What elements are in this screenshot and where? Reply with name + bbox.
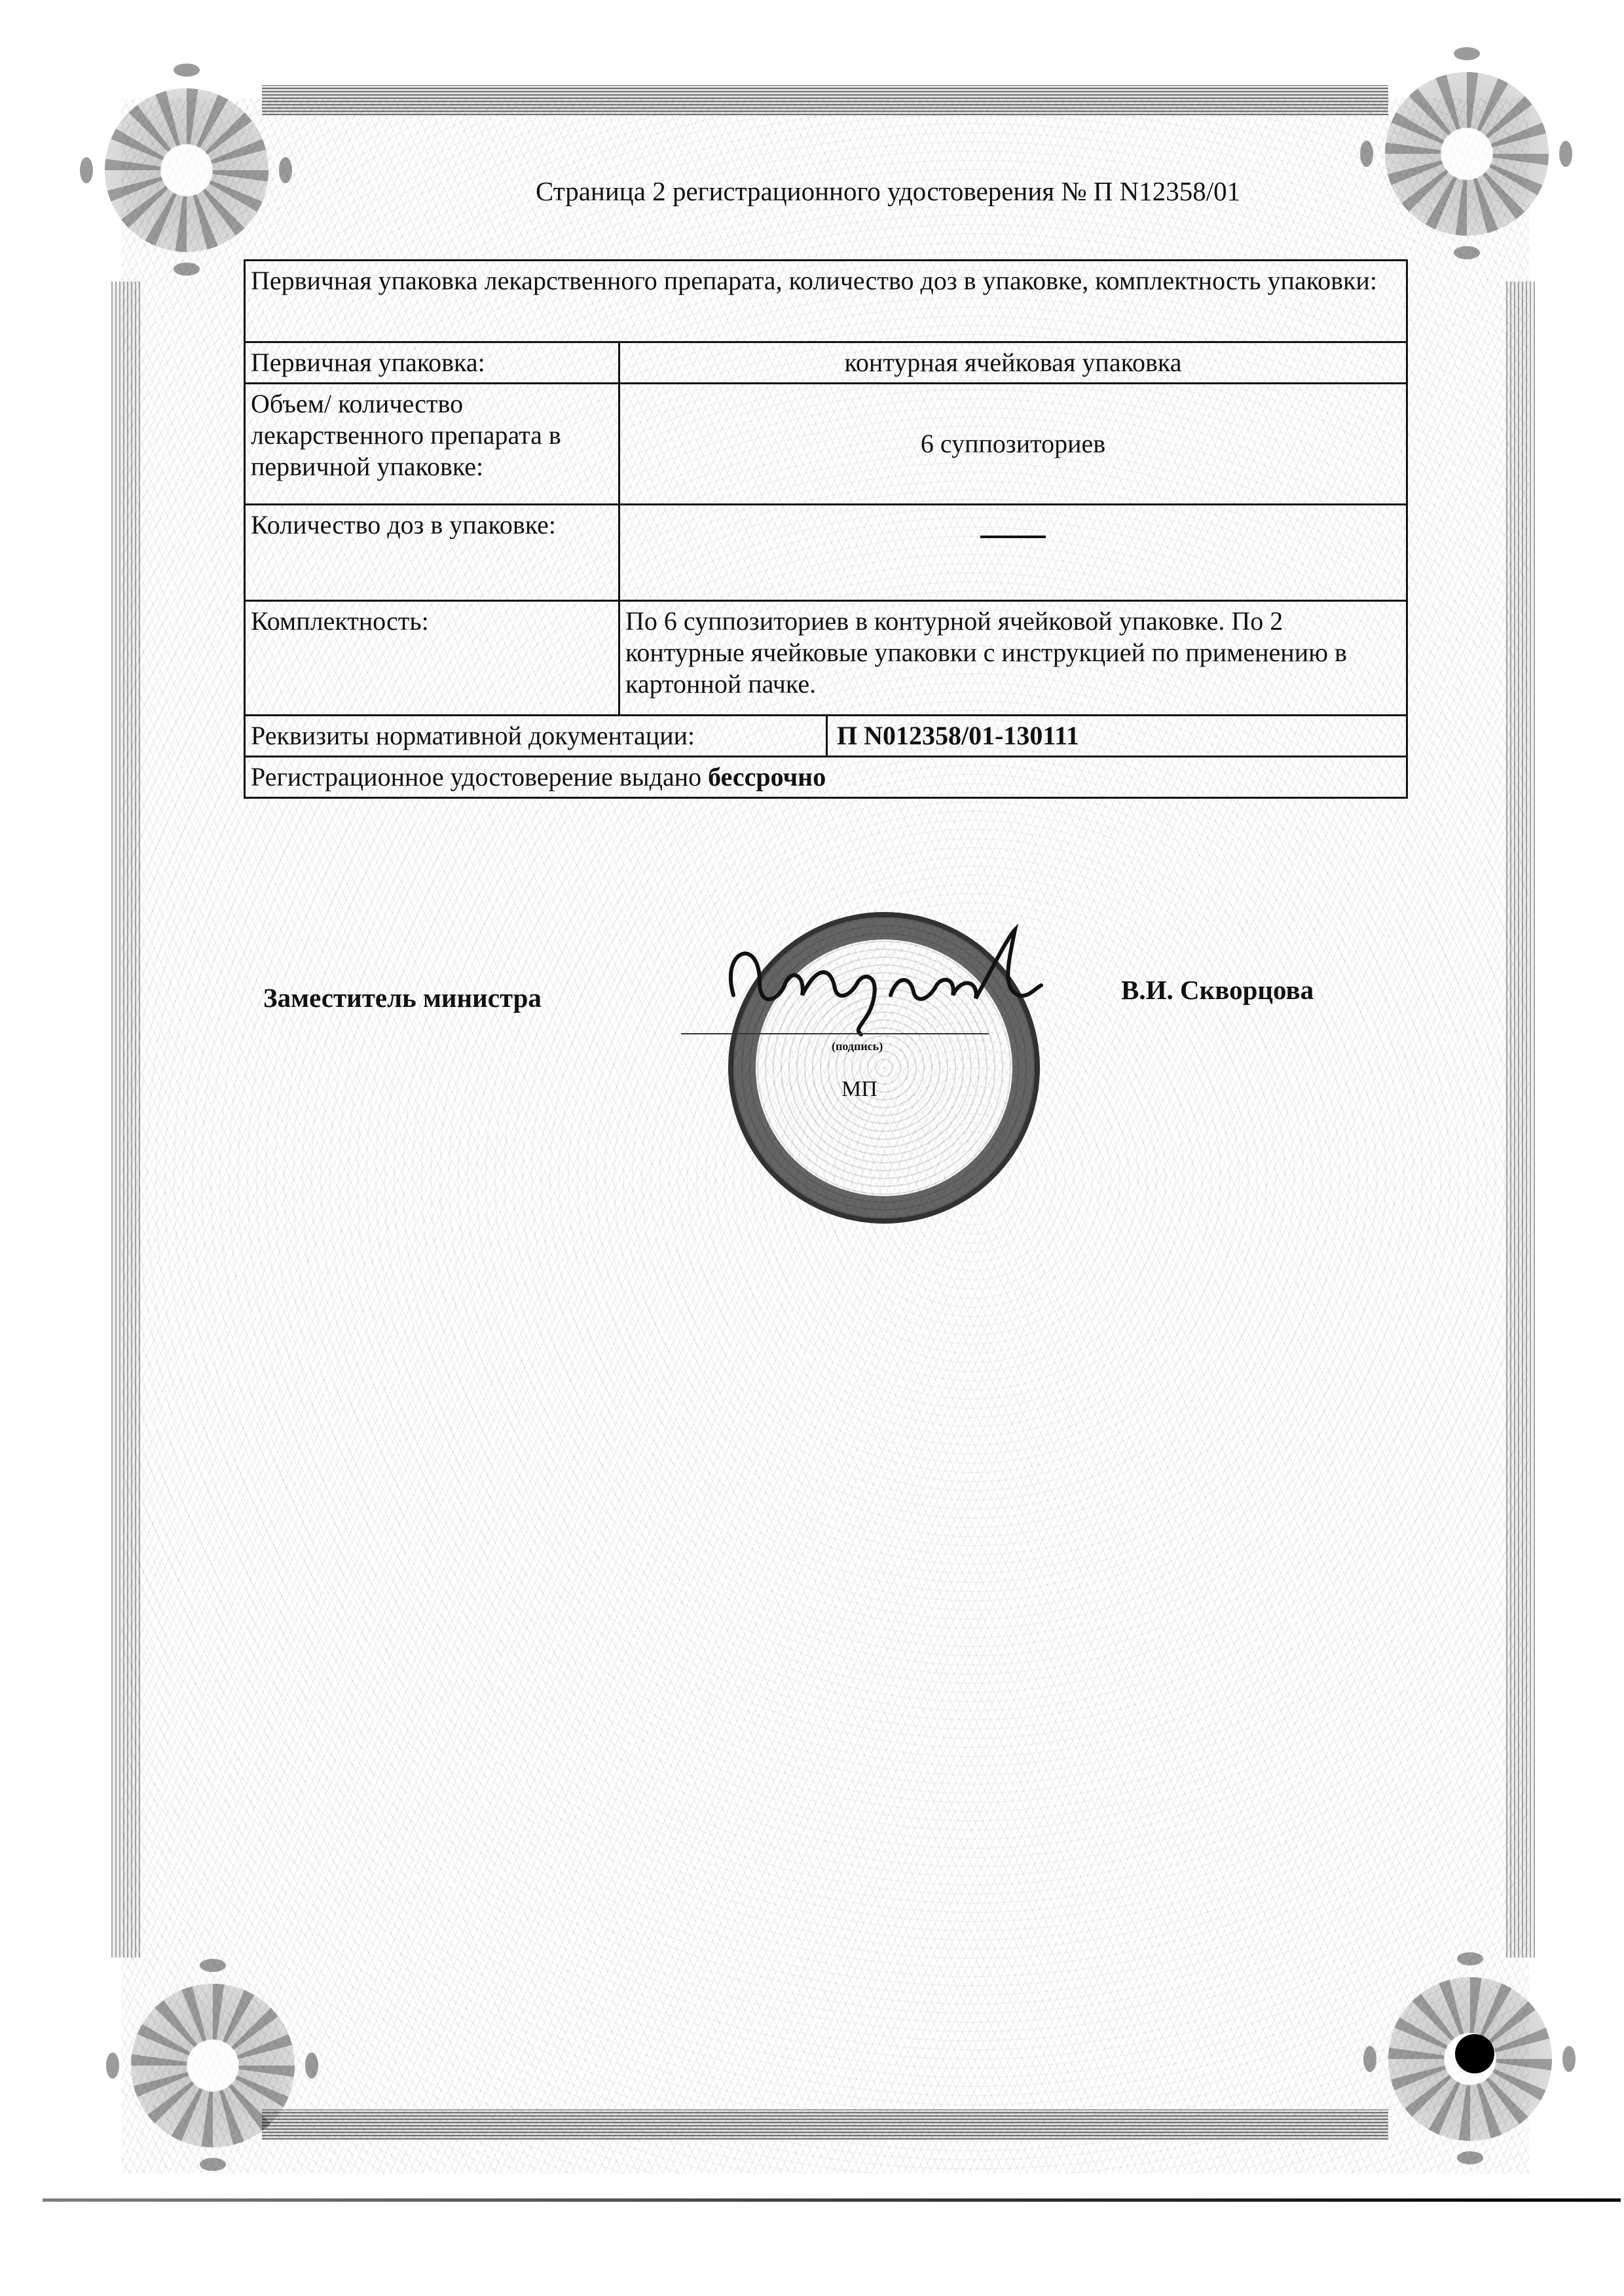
table-row: Реквизиты нормативной документации: П N0… (245, 716, 1407, 757)
registration-details-table: Первичная упаковка лекарственного препар… (244, 259, 1408, 799)
row-label: Объем/ количество лекарственного препара… (245, 384, 619, 505)
ornamental-frame-top (262, 85, 1388, 115)
row-value: контурная ячейковая упаковка (619, 342, 1407, 384)
handwritten-signature-icon (720, 923, 1139, 1041)
requisites-value: П N012358/01-130111 (828, 716, 1079, 756)
page-header: Страница 2 регистрационного удостоверени… (536, 175, 1240, 207)
table-row: Объем/ количество лекарственного препара… (245, 384, 1407, 505)
rosette-ornament-icon (131, 1984, 295, 2147)
table-row: Регистрационное удостоверение выдано бес… (245, 757, 1407, 798)
requisites-cell: Реквизиты нормативной документации: П N0… (245, 716, 1407, 757)
rosette-ornament-icon (105, 88, 268, 252)
scan-edge-line (43, 2198, 1621, 2202)
row-value-empty (619, 505, 1407, 601)
signature-line (681, 1033, 989, 1034)
ornamental-frame-bottom (262, 2109, 1388, 2140)
ornamental-frame-right (1506, 282, 1535, 1958)
signature-caption: (подпись) (832, 1040, 883, 1053)
empty-value-dash (980, 536, 1046, 538)
validity-cell: Регистрационное удостоверение выдано бес… (245, 757, 1407, 798)
rosette-ornament-icon (1385, 72, 1549, 236)
stamp-mark: МП (841, 1077, 877, 1102)
row-value: По 6 суппозиториев в контурной ячейковой… (619, 601, 1407, 716)
section-title: Первичная упаковка лекарственного препар… (245, 261, 1407, 342)
row-value: 6 суппозиториев (619, 384, 1407, 505)
signatory-title: Заместитель министра (263, 982, 542, 1013)
table-row: Первичная упаковка лекарственного препар… (245, 261, 1407, 342)
signatory-name: В.И. Скворцова (1121, 974, 1314, 1006)
table-row: Количество доз в упаковке: (245, 505, 1407, 601)
row-label: Первичная упаковка: (245, 342, 619, 384)
row-label: Количество доз в упаковке: (245, 505, 619, 601)
validity-prefix: Регистрационное удостоверение выдано (251, 762, 708, 792)
ornamental-frame-left (111, 282, 140, 1958)
hole-punch-mark (1455, 2034, 1494, 2073)
requisites-label: Реквизиты нормативной документации: (251, 716, 828, 756)
row-label: Комплектность: (245, 601, 619, 716)
table-row: Первичная упаковка: контурная ячейковая … (245, 342, 1407, 384)
table-row: Комплектность: По 6 суппозиториев в конт… (245, 601, 1407, 716)
validity-value: бессрочно (708, 762, 826, 792)
